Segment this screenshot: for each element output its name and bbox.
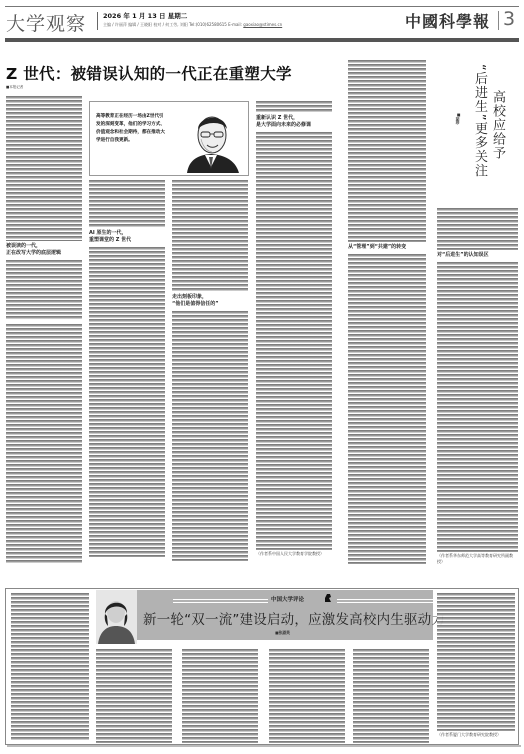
email-link[interactable]: gaoxiao@stimes.cn bbox=[243, 22, 282, 27]
subhead-5: 从“管理”到“共建”的转变 bbox=[348, 242, 426, 254]
commentary-column-1 bbox=[11, 593, 89, 743]
top-rule bbox=[5, 6, 519, 7]
body-text bbox=[6, 324, 82, 564]
masthead-bottom-rule bbox=[5, 38, 519, 42]
commentary-column-5 bbox=[353, 649, 429, 743]
body-text bbox=[6, 260, 82, 320]
side-article-title: 高校应给予 “后进生”更多关注 bbox=[470, 62, 506, 194]
commentary-box-shadow bbox=[7, 745, 521, 747]
masthead: 大学观察 2026 年 1 月 13 日 星期二 主编 / 许丽萍 编辑 / 王… bbox=[5, 8, 519, 32]
commentary-box: 中国大学评论 新一轮“双一流”建设启动，应激发高校内生驱动力 ■张淑英 （作者系… bbox=[5, 588, 519, 745]
page-number: 3 bbox=[503, 8, 515, 30]
side-article-byline: ■胡珍 bbox=[456, 112, 461, 125]
body-text bbox=[348, 254, 426, 564]
body-text bbox=[172, 180, 248, 292]
pull-quote-text: 高等教育正在经历一场由Z世代引发的深刻变革，他们的学习方式、价值观念和社会期待，… bbox=[96, 113, 168, 145]
author-photo-icon bbox=[96, 590, 137, 644]
subhead-4: 重新认识 Z 世代， 是大学面向未来的必修课 bbox=[256, 113, 332, 132]
page-number-divider bbox=[498, 11, 499, 30]
newspaper-logo: 中國科學報 bbox=[405, 9, 490, 32]
body-text bbox=[437, 208, 518, 250]
commentary-title-banner: 中国大学评论 新一轮“双一流”建设启动，应激发高校内生驱动力 ■张淑英 bbox=[137, 590, 433, 640]
body-text bbox=[11, 593, 89, 741]
commentary-column-3 bbox=[182, 649, 258, 743]
commentary-byline: ■张淑英 bbox=[275, 630, 290, 636]
masthead-divider bbox=[97, 12, 98, 30]
body-text bbox=[353, 649, 429, 743]
body-text bbox=[256, 101, 332, 113]
body-text bbox=[6, 96, 82, 241]
main-article-author-note: （作者系中国人民大学教育学院教授） bbox=[256, 550, 332, 557]
commentary-author-photo bbox=[96, 590, 137, 644]
commentary-column-4 bbox=[269, 649, 345, 743]
column-logo-icon bbox=[324, 593, 332, 602]
author-portrait-sketch bbox=[177, 109, 245, 173]
subhead-3: 走出刻板印象， “他们是值得信任的” bbox=[172, 292, 248, 311]
commentary-author-note: （作者系厦门大学教育研究院教授） bbox=[437, 731, 515, 738]
body-text bbox=[89, 180, 165, 228]
main-article-column-3: 走出刻板印象， “他们是值得信任的” bbox=[172, 180, 248, 564]
main-article-column-1: 被误读的一代， 正在改写大学的底层逻辑 bbox=[6, 96, 82, 564]
subhead-1: 被误读的一代， 正在改写大学的底层逻辑 bbox=[6, 241, 82, 260]
banner-rule-right bbox=[337, 599, 433, 603]
body-text bbox=[348, 60, 426, 242]
side-title-line-1: 高校应给予 bbox=[488, 90, 507, 160]
side-subhead: 对“后进生”的认知误区 bbox=[437, 250, 518, 262]
side-article-author-note: （作者系华东师范大学高等教育研究所副教授） bbox=[437, 552, 518, 565]
body-text bbox=[172, 311, 248, 561]
body-text bbox=[89, 247, 165, 557]
banner-rule-left bbox=[173, 599, 268, 603]
column-kicker: 中国大学评论 bbox=[271, 595, 304, 603]
issue-date: 2026 年 1 月 13 日 星期二 bbox=[103, 11, 187, 20]
subhead-2: AI 原生的一代， 重塑课堂的 Z 世代 bbox=[89, 228, 165, 247]
body-text bbox=[256, 132, 332, 550]
body-text bbox=[182, 649, 258, 743]
body-text bbox=[269, 649, 345, 743]
pull-quote-box: 高等教育正在经历一场由Z世代引发的深刻变革，他们的学习方式、价值观念和社会期待，… bbox=[89, 101, 249, 176]
credits-text: 主编 / 许丽萍 编辑 / 王晓阳 校对 / 何工劳, 刘阳 Tel:(010)… bbox=[103, 22, 242, 27]
section-name: 大学观察 bbox=[6, 9, 86, 36]
body-text bbox=[437, 593, 515, 731]
editor-credits: 主编 / 许丽萍 编辑 / 王晓阳 校对 / 何工劳, 刘阳 Tel:(010)… bbox=[103, 22, 282, 28]
commentary-headline: 新一轮“双一流”建设启动，应激发高校内生驱动力 bbox=[143, 608, 445, 628]
side-article-column: 对“后进生”的认知误区 （作者系华东师范大学高等教育研究所副教授） bbox=[437, 208, 518, 572]
body-text bbox=[437, 262, 518, 552]
commentary-column-6: （作者系厦门大学教育研究院教授） bbox=[437, 593, 515, 743]
main-byline: ■本报记者 bbox=[6, 85, 23, 90]
body-text bbox=[96, 649, 172, 743]
main-article-column-5: 从“管理”到“共建”的转变 bbox=[348, 60, 426, 572]
main-article-column-2: AI 原生的一代， 重塑课堂的 Z 世代 bbox=[89, 180, 165, 564]
main-article-column-4: 重新认识 Z 世代， 是大学面向未来的必修课 （作者系中国人民大学教育学院教授） bbox=[256, 101, 332, 571]
commentary-column-2 bbox=[96, 649, 172, 743]
main-headline: Z 世代：被错误认知的一代正在重塑大学 bbox=[6, 62, 292, 84]
side-title-line-2: “后进生”更多关注 bbox=[470, 64, 489, 177]
